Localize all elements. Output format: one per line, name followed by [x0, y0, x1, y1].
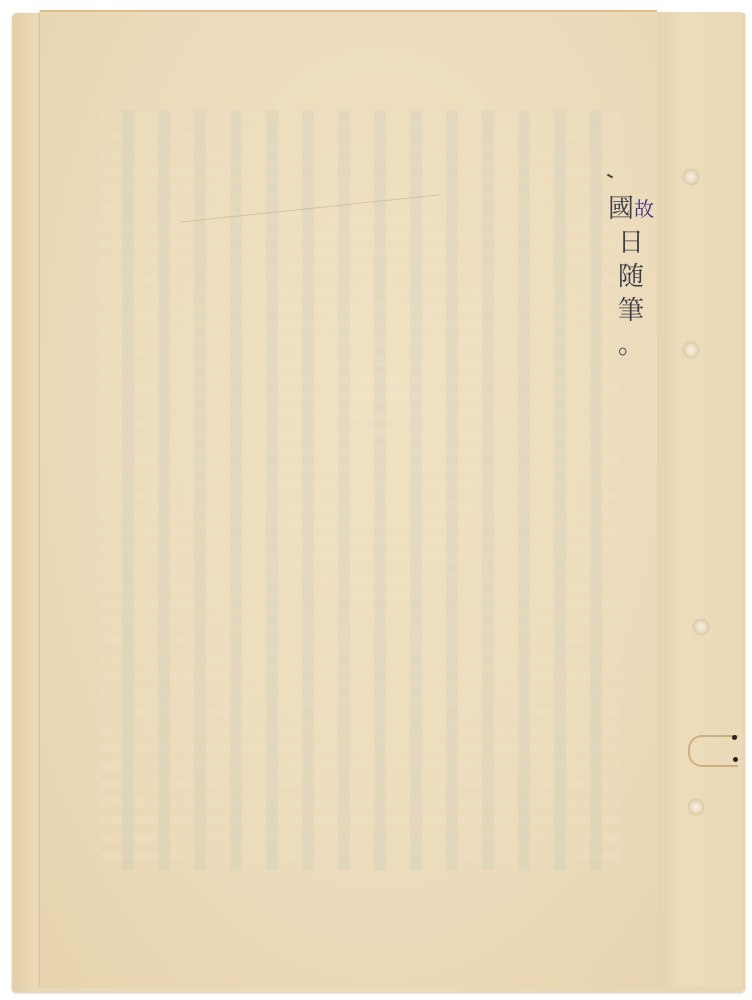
binding-hole: [684, 343, 698, 357]
title-char: 日: [618, 228, 644, 258]
title-char-correction: 故: [634, 194, 654, 224]
staple-rust-stain: [688, 735, 738, 767]
handwritten-title: 國 故 日 随 筆 。: [603, 192, 659, 362]
title-row-1: 國 故: [608, 192, 654, 226]
title-char: 随: [618, 262, 644, 292]
binding-hole: [684, 170, 698, 184]
binding-hole: [689, 800, 703, 814]
staple-mark: [732, 735, 737, 740]
staple-mark: [733, 757, 738, 762]
title-char: 國: [608, 194, 634, 224]
binding-hole: [694, 620, 708, 634]
title-row: 。: [618, 328, 644, 362]
title-row: 随: [618, 260, 644, 294]
title-row: 筆: [618, 294, 644, 328]
bleed-through-text: [100, 110, 620, 870]
title-row: 日: [618, 226, 644, 260]
binding-strip: [655, 12, 742, 987]
title-char: 。: [618, 330, 644, 360]
title-char: 筆: [618, 296, 644, 326]
